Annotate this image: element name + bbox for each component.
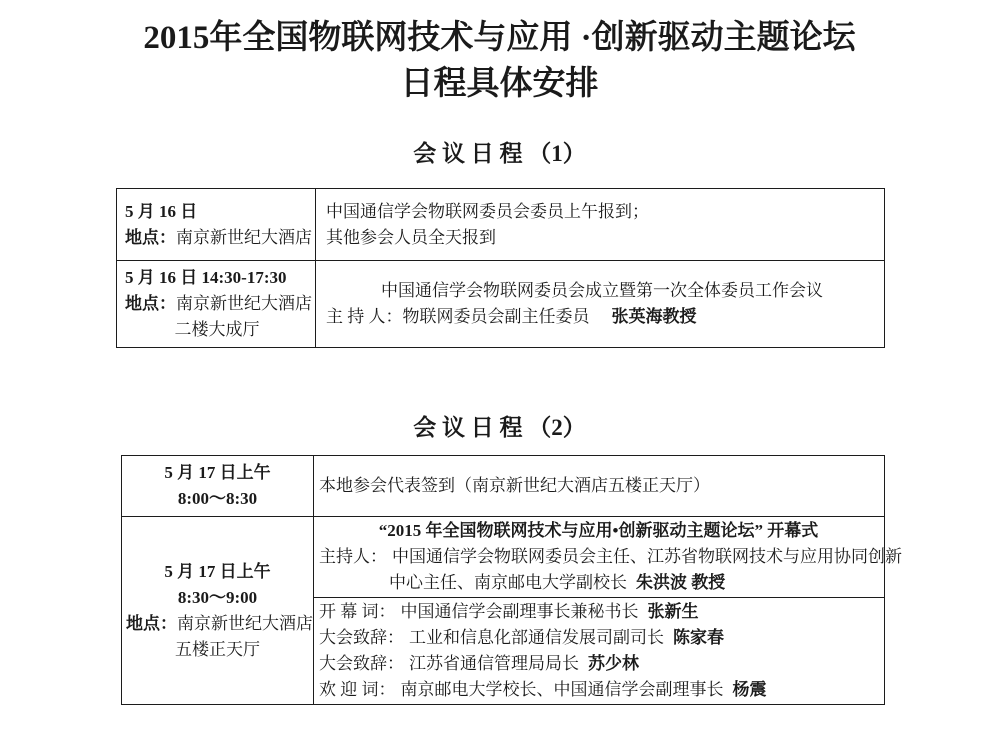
host-name: 朱洪波 教授 — [636, 573, 725, 592]
time-text: 8:00～8:30 — [126, 486, 309, 512]
opening-ceremony-cell: “2015 年全国物联网技术与应用•创新驱动主题论坛” 开幕式 主持人：中国通信… — [314, 517, 885, 598]
activity-cell: 中国通信学会物联网委员会成立暨第一次全体委员工作会议 主 持 人：物联网委员会副… — [316, 261, 885, 348]
table-row: 5 月 17 日上午 8:30～9:00 地点：南京新世纪大酒店 五楼正天厅 “… — [122, 517, 885, 598]
location-line2: 二楼大成厅 — [125, 317, 309, 343]
date-text: 5 月 16 日 — [125, 199, 309, 225]
schedule1-heading: 会 议 日 程 （1） — [0, 140, 999, 168]
schedule2-table: 5 月 17 日上午 8:00～8:30 本地参会代表签到（南京新世纪大酒店五楼… — [121, 455, 885, 705]
activity-cell: 中国通信学会物联网委员会委员上午报到； 其他参会人员全天报到 — [316, 189, 885, 261]
speaker-name: 苏少林 — [588, 654, 639, 673]
schedule1-table: 5 月 16 日 地点：南京新世纪大酒店 中国通信学会物联网委员会委员上午报到；… — [116, 188, 885, 348]
document-page: 2015年全国物联网技术与应用 ·创新驱动主题论坛 日程具体安排 会 议 日 程… — [0, 0, 999, 733]
table-row: 5 月 16 日 14:30-17:30 地点：南京新世纪大酒店 二楼大成厅 中… — [117, 261, 885, 348]
date-text: 5 月 17 日上午 — [126, 460, 309, 486]
table-row: 5 月 17 日上午 8:00～8:30 本地参会代表签到（南京新世纪大酒店五楼… — [122, 456, 885, 517]
host-line: 主持人：中国通信学会物联网委员会主任、江苏省物联网技术与应用协同创新 — [319, 544, 878, 570]
date-text: 5 月 16 日 14:30-17:30 — [125, 265, 309, 291]
speaker-name: 张新生 — [648, 602, 699, 621]
doc-title-line1: 2015年全国物联网技术与应用 ·创新驱动主题论坛 — [0, 0, 999, 60]
speech-line: 大会致辞：工业和信息化部通信发展司副司长陈家春 — [319, 625, 878, 651]
speeches-cell: 开 幕 词：中国通信学会副理事长兼秘书长张新生 大会致辞：工业和信息化部通信发展… — [314, 598, 885, 705]
location-text: 地点：南京新世纪大酒店 — [125, 291, 309, 317]
activity-cell: 本地参会代表签到（南京新世纪大酒店五楼正天厅） — [314, 456, 885, 517]
date-text: 5 月 17 日上午 — [126, 559, 309, 585]
date-location-cell: 5 月 16 日 地点：南京新世纪大酒店 — [117, 189, 316, 261]
opening-title: “2015 年全国物联网技术与应用•创新驱动主题论坛” 开幕式 — [319, 518, 878, 544]
schedule2-heading: 会 议 日 程 （2） — [0, 414, 999, 442]
event-title: 中国通信学会物联网委员会成立暨第一次全体委员工作会议 — [326, 278, 878, 304]
speaker-name: 杨震 — [733, 680, 767, 699]
speech-line: 大会致辞：江苏省通信管理局局长苏少林 — [319, 651, 878, 677]
speech-line: 开 幕 词：中国通信学会副理事长兼秘书长张新生 — [319, 599, 878, 625]
doc-title-line2: 日程具体安排 — [0, 62, 999, 106]
speech-line: 欢 迎 词：南京邮电大学校长、中国通信学会副理事长杨震 — [319, 677, 878, 703]
date-location-cell: 5 月 17 日上午 8:30～9:00 地点：南京新世纪大酒店 五楼正天厅 — [122, 517, 314, 705]
location-text: 地点：南京新世纪大酒店 — [126, 611, 309, 637]
activity-line: 本地参会代表签到（南京新世纪大酒店五楼正天厅） — [319, 473, 878, 499]
host-line2: 中心主任、南京邮电大学副校长朱洪波 教授 — [319, 570, 878, 596]
host-name: 张英海教授 — [612, 307, 697, 326]
date-time-cell: 5 月 17 日上午 8:00～8:30 — [122, 456, 314, 517]
table-row: 5 月 16 日 地点：南京新世纪大酒店 中国通信学会物联网委员会委员上午报到；… — [117, 189, 885, 261]
time-text: 8:30～9:00 — [126, 585, 309, 611]
date-location-cell: 5 月 16 日 14:30-17:30 地点：南京新世纪大酒店 二楼大成厅 — [117, 261, 316, 348]
location-line2: 五楼正天厅 — [126, 637, 309, 663]
activity-line: 其他参会人员全天报到 — [326, 225, 878, 251]
location-text: 地点：南京新世纪大酒店 — [125, 225, 309, 251]
speaker-name: 陈家春 — [673, 628, 724, 647]
activity-line: 中国通信学会物联网委员会委员上午报到； — [326, 199, 878, 225]
host-line: 主 持 人：物联网委员会副主任委员张英海教授 — [326, 304, 878, 330]
